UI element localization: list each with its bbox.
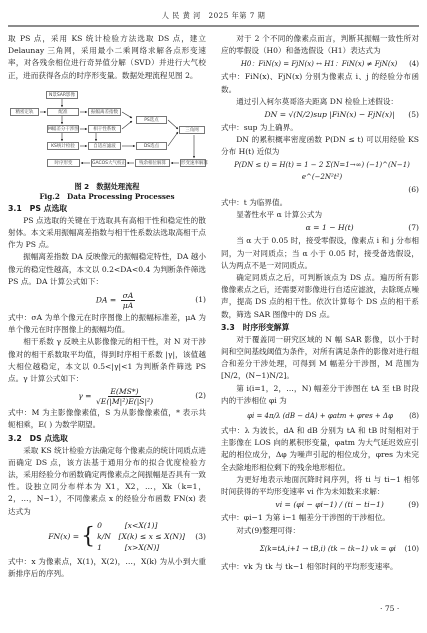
equation-8: φi = 4π/λ (dB − dA) + φatm + φres + Δφ (… <box>221 407 419 425</box>
paragraph: 式中：λ 为波长，dA 和 dB 分别为 tA 和 tB 时刻相对于主影像在 L… <box>221 425 419 474</box>
paragraph: 式中：φi−1 为第 i−1 幅差分干涉图的干涉相位。 <box>221 512 419 524</box>
paragraph: 式中：x 为像素点，X(1)，X(2)，…，X(k) 为从小到大重新排序后的序列… <box>8 556 206 580</box>
flow-box-adaptive-filter: 自适应滤波 <box>88 142 121 150</box>
figure-2-flowchart: N景SAR影像 精密定轨 配准 振幅离差指数 M幅差分干涉图 相干性系数 KS统… <box>8 86 206 182</box>
equation-3: FN(x) = { 0 [x<X(1)] k/N [X(k) ≤ x ≤ X(N… <box>8 518 206 556</box>
equation-number: (7) <box>408 222 419 234</box>
figure-caption-en: Fig.2 Data Processing Processes <box>8 192 206 202</box>
equation-number: (9) <box>408 499 419 511</box>
equation-number: (3) <box>195 531 206 543</box>
flowchart-arrows <box>8 86 206 182</box>
flow-box-triangulation: 三角网 <box>179 126 205 134</box>
flow-box-ks-test: KS统计检验 <box>47 142 79 150</box>
paragraph: 对式(9)整理可得： <box>221 525 419 537</box>
equation-1: DA = σAμA (1) <box>8 288 206 312</box>
paragraph: 式中：σA 为单个像元在时序图像上的振幅标准差，μA 为单个像元在时序图像上的振… <box>8 312 206 336</box>
paragraph: 第 i(i=1，2，…，N) 幅差分干涉图在 tA 至 tB 时段内的干涉相位 … <box>221 383 419 407</box>
paragraph: 式中：M 为主影像像素值，S 为从影像像素值，* 表示共轭相乘，E( ) 为数学… <box>8 407 206 431</box>
paragraph: 对于 2 个不同的像素点而言，判断其振幅一致性所对应的零假设（H0）和备选假设（… <box>221 33 419 57</box>
equation-4: H0：FiN(x) = FjN(x) ↔ H1：FiN(x) ≠ FjN(x) … <box>221 57 419 71</box>
paragraph: 式中：t 为临界值。 <box>221 197 419 209</box>
paragraph: 式中：sup 为上确界。 <box>221 122 419 134</box>
equation-number: (2) <box>195 390 206 402</box>
section-heading-3-2: 3.2 DS 点选取 <box>8 432 206 445</box>
paragraph: 显著性水平 α 计算公式为 <box>221 209 419 221</box>
paragraph: 当 α 大于 0.05 时，接受零假设，像素点 i 和 j 分布相同，为一对同质… <box>221 235 419 272</box>
equation-2: γ = E(MS*)√E(|M|²)E(|S|²) (2) <box>8 385 206 407</box>
equation-9: vi = (φi − φi−1) / (ti − ti−1) (9) <box>221 498 419 512</box>
equation-10: Σ(k=tA,i+1 → tB,i) (tk − tk−1) vk = φi (… <box>221 537 419 561</box>
flow-box-m-interferograms: M幅差分干涉图 <box>47 125 79 133</box>
paragraph: 式中：vk 为 tk 与 tk−1 相邻时间的平均形变速率。 <box>221 561 419 573</box>
right-column: 对于 2 个不同的像素点而言，判断其振幅一致性所对应的零假设（H0）和备选假设（… <box>221 33 419 573</box>
paragraph: 通过引入柯尔莫哥洛夫距离 DN 检验上述假设： <box>221 96 419 108</box>
flow-box-amplitude-dispersion: 振幅离差指数 <box>88 108 121 116</box>
equation-number: (1) <box>195 294 206 306</box>
flow-box-precise-orbit: 精密定轨 <box>10 108 39 116</box>
flow-box-residual-phase: 残余相位解算 <box>135 159 170 167</box>
left-column: 取 PS 点，采用 KS 统计检验方法选取 DS 点，建立 Delaunay 三… <box>8 33 206 580</box>
running-header: 人 民 黄 河 2025 年第 7 期 <box>0 11 427 21</box>
paragraph: PS 点选取的关键在于选取具有高相干性和稳定性的散射体。本文采用振幅离差指数与相… <box>8 215 206 252</box>
equation-number: (6) <box>221 183 419 197</box>
figure-caption-cn: 图 2 数据处理流程 <box>8 182 206 192</box>
equation-6: P(DN ≤ t) = H(t) = 1 − 2 Σ(N=1→∞) (−1)^(… <box>221 159 419 183</box>
paragraph: 振幅离差指数 DA 反映像元的振幅稳定特性，DA 越小像元的稳定性越高，本文以 … <box>8 251 206 288</box>
flow-box-coherence: 相干性系数 <box>88 125 121 133</box>
equation-7: α = 1 − H(t) (7) <box>221 221 419 235</box>
header-rule <box>8 25 419 27</box>
equation-number: (5) <box>408 109 419 121</box>
paragraph: 为更好地表示地面沉降时间序列，将 ti 与 ti−1 相邻时间获得的平均形变速率… <box>221 474 419 498</box>
equation-5: DN = √(N/2)sup |FiN(x) − FjN(x)| (5) <box>221 108 419 122</box>
page-number: · 75 · <box>380 604 399 613</box>
paragraph: 式中：FiN(x)、FjN(x) 分别为像素点 i、j 的经验分布函数。 <box>221 71 419 95</box>
section-heading-3-3: 3.3 时序形变解算 <box>221 321 419 334</box>
equation-number: (10) <box>405 543 419 555</box>
intro-paragraph: 取 PS 点，采用 KS 统计检验方法选取 DS 点，建立 Delaunay 三… <box>8 33 206 82</box>
paragraph: 采取 KS 统计检验方法确定每个像素点的统计同质点进而确定 DS 点，该方法基于… <box>8 445 206 518</box>
flow-box-deformation-rate: 形变速率解算 <box>180 159 206 167</box>
paragraph: 确定同质点之后，可判断该点为 DS 点。遍历所有影像像素点之后，还需要对影像进行… <box>221 272 419 321</box>
section-heading-3-1: 3.1 PS 点选取 <box>8 202 206 215</box>
equation-number: (8) <box>409 410 419 422</box>
equation-number: (4) <box>409 58 419 70</box>
flow-box-ds-selection: DS选点 <box>136 142 167 150</box>
paragraph: 相干系数 γ 反映主从影像像元的相干性，对 N 对干涉像对的相干系数取平均值，得… <box>8 336 206 385</box>
flow-box-registration: 配准 <box>47 108 79 116</box>
paragraph: 对于覆盖同一研究区域的 N 幅 SAR 影像，以小于时间和空间基线阈值为条件，对… <box>221 334 419 383</box>
paragraph: DN 的累积概率密度函数 P(DN ≤ t) 可以用经验 KS 分布 H(t) … <box>221 134 419 158</box>
flow-box-time-series-deformation: 时序形变 <box>47 159 80 167</box>
flow-box-n-sar-images: N景SAR影像 <box>46 91 78 99</box>
flow-box-gacos-correction: GACOS大气校正 <box>91 159 126 167</box>
flow-box-ps-selection: PS选点 <box>136 116 167 124</box>
